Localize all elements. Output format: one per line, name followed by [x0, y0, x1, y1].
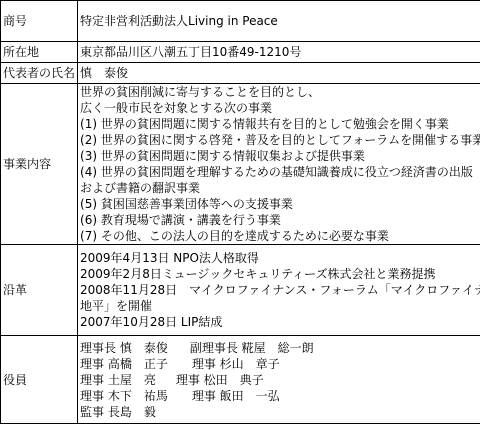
history-line: 2007年10月28日 LIP結成: [80, 314, 480, 330]
officer-name: 理事 木下 祐馬: [80, 389, 168, 403]
officer-line: 理事 土屋 亮理事 松田 典子: [80, 372, 480, 388]
history-line: 地平」を開催: [80, 298, 480, 314]
label-representative: 代表者の氏名: [1, 63, 78, 84]
label-business: 事業内容: [1, 84, 78, 245]
history-line: 2009年2月8日ミュージックセキュリティーズ株式会社と業務提携: [80, 266, 480, 282]
officer-name: 理事 杉山 章子: [192, 357, 280, 371]
value-business: 世界の貧困削減に寄与することを目的とし、 広く一般市民を対象とする次の事業 (1…: [78, 84, 480, 245]
officer-line: 監事 長島 毅: [80, 404, 480, 420]
officer-name: 理事 高橋 正子: [80, 357, 168, 371]
officer-line: 理事長 慎 泰俊副理事長 糀屋 総一朗: [80, 340, 480, 356]
business-line: (6) 教育現場で講演・講義を行う事業: [80, 212, 480, 228]
business-line: 広く一般市民を対象とする次の事業: [80, 100, 480, 116]
row-trade-name: 商号 特定非営利活動法人Living in Peace: [1, 1, 480, 42]
officer-name: 理事 飯田 一弘: [192, 389, 280, 403]
row-business: 事業内容 世界の貧困削減に寄与することを目的とし、 広く一般市民を対象とする次の…: [1, 84, 480, 245]
value-address: 東京都品川区八潮五丁目10番49-1210号: [78, 42, 480, 63]
officer-name: 副理事長 糀屋 総一朗: [190, 341, 314, 355]
label-officers: 役員: [1, 336, 78, 422]
business-line: (7) その他、この法人の目的を達成するために必要な事業: [80, 228, 480, 244]
officer-line: 理事 木下 祐馬理事 飯田 一弘: [80, 388, 480, 404]
business-line: および書籍の翻訳事業: [80, 180, 480, 196]
row-address: 所在地 東京都品川区八潮五丁目10番49-1210号: [1, 42, 480, 63]
value-representative: 慎 泰俊: [78, 63, 480, 84]
business-line: 世界の貧困削減に寄与することを目的とし、: [80, 84, 480, 100]
value-officers: 理事長 慎 泰俊副理事長 糀屋 総一朗 理事 高橋 正子理事 杉山 章子 理事 …: [78, 336, 480, 422]
row-officers: 役員 理事長 慎 泰俊副理事長 糀屋 総一朗 理事 高橋 正子理事 杉山 章子 …: [1, 336, 480, 422]
officer-name: 理事 土屋 亮: [80, 373, 156, 387]
history-line: 2009年4月13日 NPO法人格取得: [80, 250, 480, 266]
label-address: 所在地: [1, 42, 78, 63]
company-info-table: 商号 特定非営利活動法人Living in Peace 所在地 東京都品川区八潮…: [0, 0, 480, 421]
officer-name: 監事 長島 毅: [80, 405, 156, 419]
label-trade-name: 商号: [1, 1, 78, 42]
business-line: (1) 世界の貧困問題に関する情報共有を目的として勉強会を開く事業: [80, 116, 480, 132]
row-history: 沿革 2009年4月13日 NPO法人格取得 2009年2月8日ミュージックセキ…: [1, 245, 480, 336]
value-history: 2009年4月13日 NPO法人格取得 2009年2月8日ミュージックセキュリテ…: [78, 245, 480, 336]
value-trade-name: 特定非営利活動法人Living in Peace: [78, 1, 480, 42]
business-line: (3) 世界の貧困問題に関する情報収集および提供事業: [80, 148, 480, 164]
history-line: 2008年11月28日 マイクロファイナンス・フォーラム「マイクロファイナンスの…: [80, 282, 480, 298]
row-representative: 代表者の氏名 慎 泰俊: [1, 63, 480, 84]
label-history: 沿革: [1, 245, 78, 336]
business-line: (2) 世界の貧困に関する啓発・普及を目的としてフォーラムを開催する事業: [80, 132, 480, 148]
business-line: (4) 世界の貧困問題を理解するための基礎知識養成に役立つ経済書の出版: [80, 164, 480, 180]
officer-name: 理事 松田 典子: [176, 373, 264, 387]
officer-name: 理事長 慎 泰俊: [80, 341, 168, 355]
officer-line: 理事 高橋 正子理事 杉山 章子: [80, 356, 480, 372]
business-line: (5) 貧困国慈善事業団体等への支援事業: [80, 196, 480, 212]
